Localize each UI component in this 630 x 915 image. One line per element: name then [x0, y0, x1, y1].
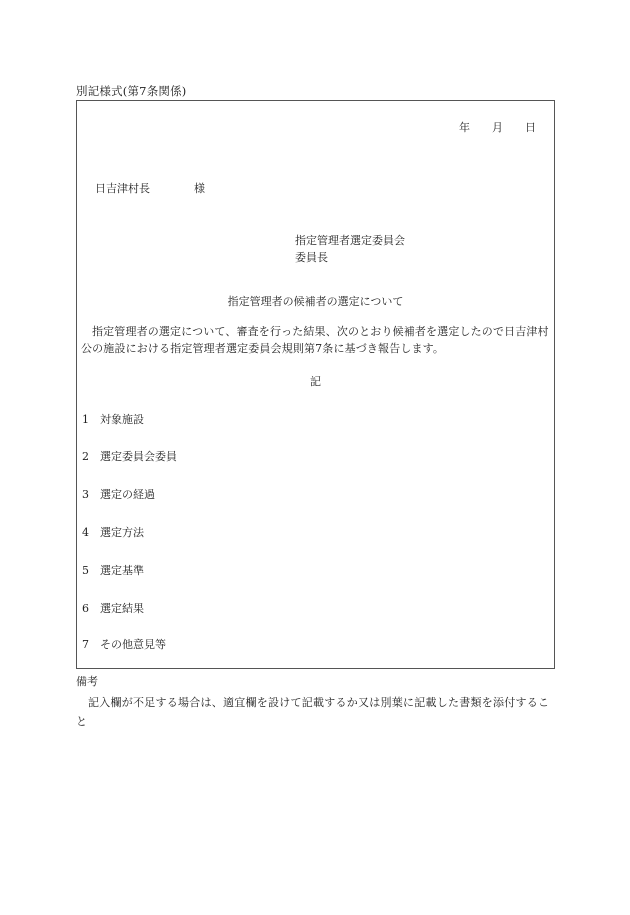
- item-label: 選定方法: [100, 526, 144, 539]
- body-paragraph: 指定管理者の選定について、審査を行った結果、次のとおり候補者を選定したので日吉津…: [81, 323, 551, 357]
- list-item-selection-method: 4選定方法: [82, 524, 144, 540]
- date-row: 年月日: [459, 119, 536, 135]
- year-label: 年: [459, 119, 470, 135]
- month-label: 月: [492, 119, 503, 135]
- item-number: 6: [82, 602, 100, 615]
- remarks-text: 記入欄が不足する場合は、適宜欄を設けて記載するか又は別葉に記載した書類を添付する…: [76, 693, 558, 731]
- list-item-target-facility: 1対象施設: [82, 411, 144, 427]
- sender-organization: 指定管理者選定委員会: [295, 232, 405, 249]
- list-item-selection-result: 6選定結果: [82, 600, 144, 616]
- sender-block: 指定管理者選定委員会 委員長: [295, 232, 405, 266]
- item-number: 3: [82, 488, 100, 501]
- list-item-selection-criteria: 5選定基準: [82, 562, 144, 578]
- list-item-other-opinions: 7その他意見等: [82, 636, 166, 652]
- form-title: 別記様式(第7条関係): [76, 83, 187, 99]
- addressee-honorific: 様: [194, 182, 205, 195]
- addressee: 日吉津村長様: [95, 180, 205, 196]
- remarks-title: 備考: [76, 673, 98, 689]
- item-label: その他意見等: [100, 638, 166, 651]
- day-label: 日: [525, 119, 536, 135]
- item-label: 選定基準: [100, 564, 144, 577]
- item-label: 対象施設: [100, 413, 144, 426]
- item-number: 4: [82, 526, 100, 539]
- item-number: 7: [82, 638, 100, 651]
- report-form-frame: 年月日 日吉津村長様 指定管理者選定委員会 委員長 指定管理者の候補者の選定につ…: [76, 100, 555, 669]
- subject-line: 指定管理者の候補者の選定について: [77, 293, 554, 309]
- list-item-selection-process: 3選定の経過: [82, 486, 155, 502]
- addressee-name: 日吉津村長: [95, 182, 150, 195]
- sender-title: 委員長: [295, 249, 405, 266]
- item-label: 選定委員会委員: [100, 450, 177, 463]
- ki-heading: 記: [77, 373, 554, 389]
- item-number: 1: [82, 413, 100, 426]
- item-number: 5: [82, 564, 100, 577]
- item-label: 選定の経過: [100, 488, 155, 501]
- item-label: 選定結果: [100, 602, 144, 615]
- list-item-committee-members: 2選定委員会委員: [82, 448, 177, 464]
- item-number: 2: [82, 450, 100, 463]
